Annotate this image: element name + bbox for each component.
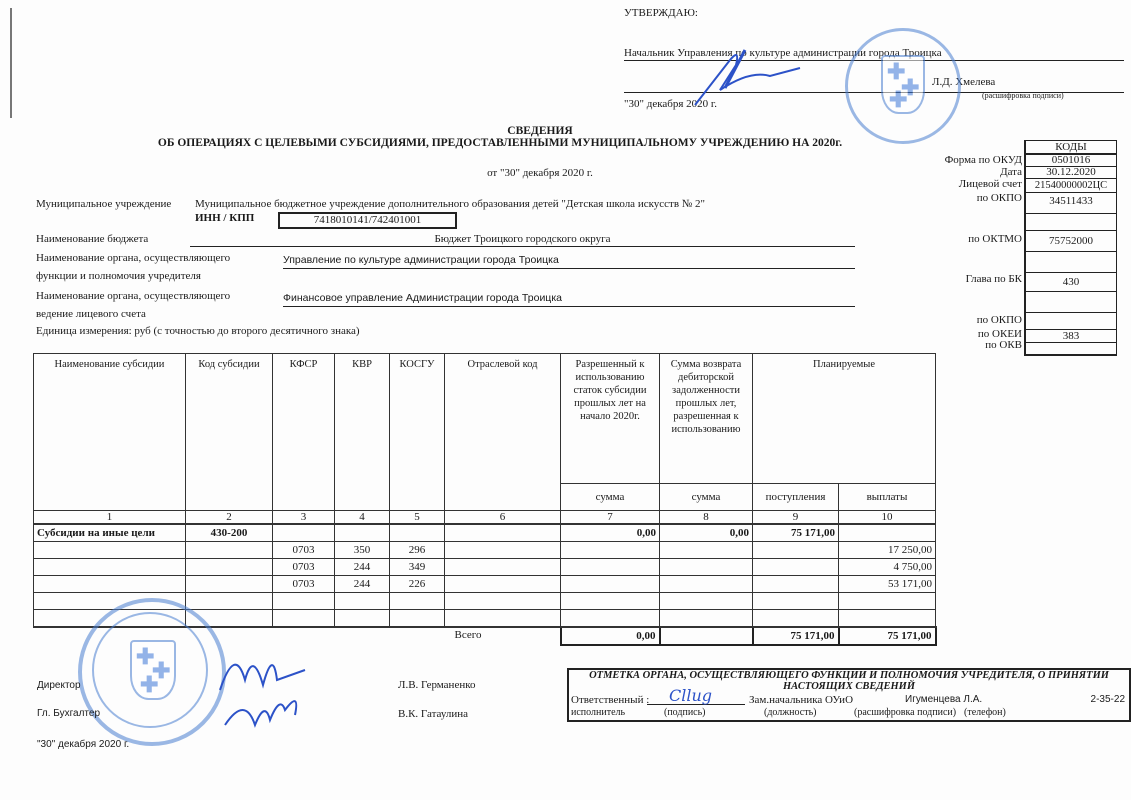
cell-branch <box>445 542 561 559</box>
code-account: 21540000002ЦС <box>1026 179 1116 193</box>
account-value: Финансовое управление Администрации горо… <box>283 292 855 307</box>
director-label: Директор <box>37 680 81 691</box>
cell-c10: 53 171,00 <box>839 576 936 593</box>
caption-signature: (подпись) <box>664 707 706 718</box>
th-payments: выплаты <box>839 484 936 511</box>
cell-c10 <box>839 524 936 542</box>
budget-value: Бюджет Троицкого городского округа <box>190 233 855 247</box>
th-income: поступления <box>753 484 839 511</box>
cell-name <box>34 559 186 576</box>
cell-kosgu <box>390 524 445 542</box>
cell-c10: 17 250,00 <box>839 542 936 559</box>
total-c7: 0,00 <box>561 627 660 645</box>
th-return-sum: Сумма возврата дебиторской задолженности… <box>660 354 753 484</box>
cell-c7 <box>561 542 660 559</box>
cell-kosgu: 296 <box>390 542 445 559</box>
cell-kosgu <box>390 593 445 610</box>
codes-table: КОДЫ 0501016 30.12.2020 21540000002ЦС 34… <box>1024 140 1117 356</box>
cell-c9 <box>753 593 839 610</box>
total-c9: 75 171,00 <box>753 627 839 645</box>
founder-mark-box: ОТМЕТКА ОРГАНА, ОСУЩЕСТВЛЯЮЩЕГО ФУНКЦИИ … <box>567 668 1131 722</box>
cell-kvr: 244 <box>335 576 390 593</box>
cell-c10 <box>839 593 936 610</box>
doc-title-line1: СВЕДЕНИЯ <box>150 125 930 137</box>
table-row: 0703 244 226 53 171,00 <box>34 576 936 593</box>
cell-c9 <box>753 542 839 559</box>
col-num-8: 8 <box>660 511 753 525</box>
cell-kvr <box>335 524 390 542</box>
col-num-6: 6 <box>445 511 561 525</box>
cell-kvr: 350 <box>335 542 390 559</box>
unit-label: Единица измерения: руб (с точностью до в… <box>36 325 360 337</box>
cell-code <box>186 576 273 593</box>
col-num-5: 5 <box>390 511 445 525</box>
cell-c7 <box>561 559 660 576</box>
cell-kosgu: 226 <box>390 576 445 593</box>
th-code: Код субсидии <box>186 354 273 511</box>
label-okv: по ОКВ <box>985 339 1022 351</box>
cell-branch <box>445 576 561 593</box>
cell-kosgu: 349 <box>390 559 445 576</box>
table-row: 0703 244 349 4 750,00 <box>34 559 936 576</box>
cell-kfsr: 0703 <box>273 542 335 559</box>
institution-label: Муниципальное учреждение <box>36 198 171 210</box>
cell-c7: 0,00 <box>561 524 660 542</box>
cell-code: 430-200 <box>186 524 273 542</box>
th-branch-code: Отраслевой код <box>445 354 561 511</box>
code-blank-3 <box>1026 292 1116 313</box>
label-date: Дата <box>1000 166 1022 178</box>
approval-heading: УТВЕРЖДАЮ: <box>624 7 698 19</box>
th-allowed-balance: Разрешенный к использованию статок субси… <box>561 354 660 484</box>
founder-label-1: Наименование органа, осуществляющего <box>36 252 230 264</box>
code-blank-2 <box>1026 252 1116 273</box>
cell-c8 <box>660 593 753 610</box>
col-num-4: 4 <box>335 511 390 525</box>
cell-branch <box>445 610 561 628</box>
cell-code <box>186 559 273 576</box>
approval-signature-icon <box>690 40 810 110</box>
founder-label-2: функции и полномочия учредителя <box>36 270 201 282</box>
executor-label: исполнитель <box>571 707 625 718</box>
cell-c10: 4 750,00 <box>839 559 936 576</box>
cell-kfsr <box>273 593 335 610</box>
total-c10: 75 171,00 <box>839 627 936 645</box>
doc-title-line2: ОБ ОПЕРАЦИЯХ С ЦЕЛЕВЫМИ СУБСИДИЯМИ, ПРЕД… <box>60 137 940 149</box>
table-row: Субсидии на иные цели 430-200 0,00 0,00 … <box>34 524 936 542</box>
institution-stamp-icon: ✚ ✚ ✚ <box>78 598 226 746</box>
cell-name <box>34 542 186 559</box>
col-num-10: 10 <box>839 511 936 525</box>
cell-c8 <box>660 610 753 628</box>
cell-name <box>34 576 186 593</box>
cell-kfsr: 0703 <box>273 559 335 576</box>
table-row: 0703 350 296 17 250,00 <box>34 542 936 559</box>
institution-value: Муниципальное бюджетное учреждение допол… <box>195 198 705 210</box>
inn-value: 7418010141/742401001 <box>278 212 457 229</box>
col-num-9: 9 <box>753 511 839 525</box>
cell-branch <box>445 593 561 610</box>
cell-c10 <box>839 610 936 628</box>
code-okv <box>1026 343 1116 356</box>
label-glava-bk: Глава по БК <box>966 273 1022 285</box>
responsible-phone: 2-35-22 <box>1049 694 1125 705</box>
director-signature-icon <box>215 640 315 740</box>
th-kosgu: КОСГУ <box>390 354 445 511</box>
col-num-1: 1 <box>34 511 186 525</box>
cell-branch <box>445 559 561 576</box>
caption-name: (расшифровка подписи) <box>854 707 956 718</box>
founder-mark-title-1: ОТМЕТКА ОРГАНА, ОСУЩЕСТВЛЯЮЩЕГО ФУНКЦИИ … <box>569 670 1129 681</box>
cell-c7 <box>561 593 660 610</box>
responsible-label: Ответственный : <box>571 694 649 706</box>
cell-c9 <box>753 610 839 628</box>
label-okpo: по ОКПО <box>977 192 1022 204</box>
founder-value: Управление по культуре администрации гор… <box>283 254 855 269</box>
director-name: Л.В. Германенко <box>398 679 476 691</box>
cell-c7 <box>561 576 660 593</box>
cell-kfsr <box>273 610 335 628</box>
caption-position: (должность) <box>764 707 817 718</box>
code-date: 30.12.2020 <box>1026 167 1116 179</box>
cell-code <box>186 542 273 559</box>
th-kfsr: КФСР <box>273 354 335 511</box>
label-okud: Форма по ОКУД <box>945 154 1022 166</box>
budget-label: Наименование бюджета <box>36 233 148 245</box>
th-sum-8: сумма <box>660 484 753 511</box>
col-num-3: 3 <box>273 511 335 525</box>
code-glava-bk: 430 <box>1026 273 1116 292</box>
scan-edge-line <box>10 8 12 118</box>
code-okpo: 34511433 <box>1026 193 1116 214</box>
accountant-name: В.К. Гатаулина <box>398 708 468 720</box>
account-label-1: Наименование органа, осуществляющего <box>36 290 230 302</box>
code-okpo-2 <box>1026 313 1116 330</box>
cell-c9: 75 171,00 <box>753 524 839 542</box>
cell-name: Субсидии на иные цели <box>34 524 186 542</box>
code-okei: 383 <box>1026 330 1116 343</box>
cell-kvr <box>335 593 390 610</box>
cell-kfsr <box>273 524 335 542</box>
doc-date: от "30" декабря 2020 г. <box>400 167 680 179</box>
cell-c7 <box>561 610 660 628</box>
cell-branch <box>445 524 561 542</box>
label-okpo-2: по ОКПО <box>977 314 1022 326</box>
cell-code <box>186 593 273 610</box>
total-c8 <box>660 627 753 645</box>
cell-c9 <box>753 559 839 576</box>
th-planned: Планируемые <box>753 354 936 484</box>
cell-kfsr: 0703 <box>273 576 335 593</box>
cell-c9 <box>753 576 839 593</box>
cell-kvr <box>335 610 390 628</box>
th-kvr: КВР <box>335 354 390 511</box>
cell-c8 <box>660 542 753 559</box>
cell-kosgu <box>390 610 445 628</box>
inn-label: ИНН / КПП <box>195 212 254 224</box>
cell-kvr: 244 <box>335 559 390 576</box>
codes-labels: Форма по ОКУД Дата Лицевой счет по ОКПО … <box>900 0 1022 400</box>
responsible-position: Зам.начальника ОУиО <box>749 694 853 706</box>
cell-c8 <box>660 559 753 576</box>
caption-phone: (телефон) <box>964 707 1006 718</box>
founder-mark-title-2: НАСТОЯЩИХ СВЕДЕНИЙ <box>569 681 1129 692</box>
account-label-2: ведение лицевого счета <box>36 308 146 320</box>
signatures-date: "30" декабря 2020 г. <box>37 739 129 750</box>
responsible-signature-line: Cllug <box>647 692 745 705</box>
total-label: Всего <box>445 627 561 645</box>
col-num-7: 7 <box>561 511 660 525</box>
col-num-2: 2 <box>186 511 273 525</box>
responsible-name: Игуменцева Л.А. <box>905 694 982 705</box>
th-sum-7: сумма <box>561 484 660 511</box>
cell-c8: 0,00 <box>660 524 753 542</box>
code-oktmo: 75752000 <box>1026 231 1116 252</box>
code-blank-1 <box>1026 214 1116 231</box>
cell-c8 <box>660 576 753 593</box>
accountant-label: Гл. Бухгалтер <box>37 708 100 719</box>
label-oktmo: по ОКТМО <box>968 233 1022 245</box>
th-name: Наименование субсидии <box>34 354 186 511</box>
codes-header: КОДЫ <box>1026 140 1116 155</box>
label-account: Лицевой счет <box>959 178 1022 190</box>
